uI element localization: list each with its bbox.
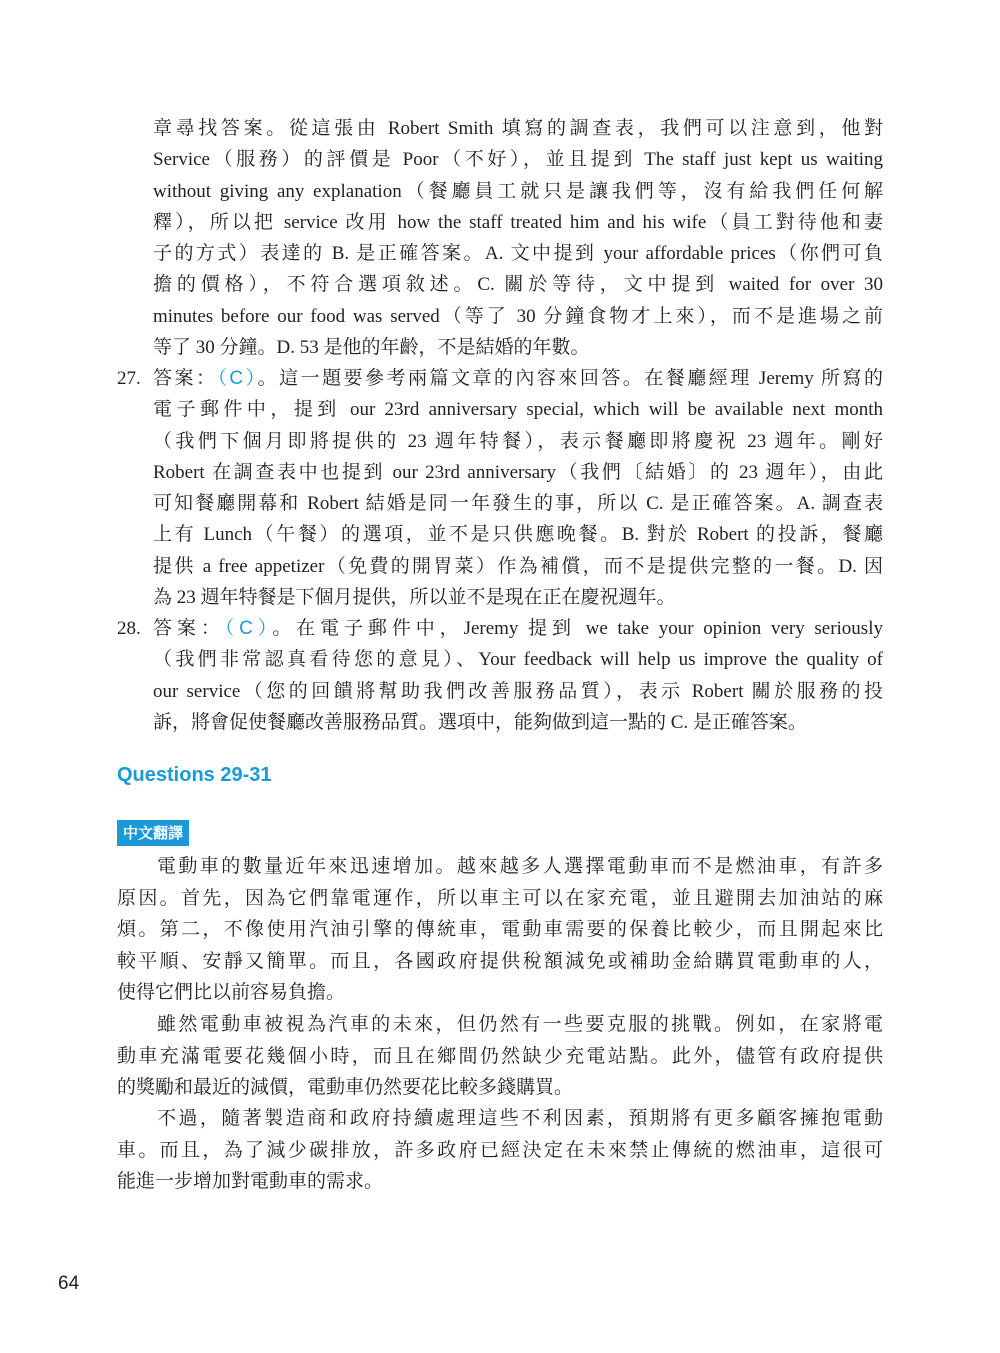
text-line: our service（您的回饋將幫助我們改善服務品質），表示 Robert 關… [153,676,883,707]
page-number: 64 [58,1273,79,1295]
text-line: 動車充滿電要花幾個小時，而且在鄉間仍然缺少充電站點。此外，儘管有政府提供 [117,1041,883,1073]
text-line: Service（服務）的評價是 Poor（不好），並且提到 The staff … [153,144,883,175]
question-number: 27. [117,363,153,394]
text-line: 釋），所以把 service 改用 how the staff treated … [153,207,883,238]
text-line: 的獎勵和最近的減價，電動車仍然要花比較多錢購買。 [117,1072,883,1104]
text-line: （我們非常認真看待您的意見）、Your feedback will help u… [153,644,883,675]
question-number: 28. [117,613,153,644]
text-line: 可知餐廳開幕和 Robert 結婚是同一年發生的事，所以 C. 是正確答案。A.… [153,488,883,519]
answer-choice: （C） [225,618,272,639]
q26-explanation-continuation: 章尋找答案。從這張由 Robert Smith 填寫的調查表，我們可以注意到，他… [153,113,883,363]
chinese-translation-badge: 中文翻譯 [117,820,189,846]
text-line: 電動車的數量近年來迅速增加。越來越多人選擇電動車而不是燃油車，有許多 [117,851,883,883]
text-line: 為 23 週年特餐是下個月提供，所以並不是現在正在慶祝週年。 [153,582,883,613]
text-line: 等了 30 分鐘。D. 53 是他的年齡，不是結婚的年數。 [153,332,883,363]
text-line: 使得它們比以前容易負擔。 [117,977,883,1009]
text-line: 雖然電動車被視為汽車的未來，但仍然有一些要克服的挑戰。例如，在家將電 [117,1009,883,1041]
text-line: minutes before our food was served（等了 30… [153,301,883,332]
text-line: （我們下個月即將提供的 23 週年特餐），表示餐廳即將慶祝 23 週年。剛好 [153,426,883,457]
text-line: 電子郵件中，提到 our 23rd anniversary special, w… [153,394,883,425]
text-fragment: 。這一題要參考兩篇文章的內容來回答。在餐廳經理 Jeremy 所寫的 [258,368,883,389]
text-line: 原因。首先，因為它們靠電運作，所以車主可以在家充電，並且避開去加油站的麻 [117,883,883,915]
question-28-explanation: 28. 答案：（C）。在電子郵件中，Jeremy 提到 we take your… [117,613,883,738]
answer-choice: （C） [217,368,257,389]
text-line: 較平順、安靜又簡單。而且，各國政府提供稅額減免或補助金給購買電動車的人， [117,946,883,978]
text-line: 章尋找答案。從這張由 Robert Smith 填寫的調查表，我們可以注意到，他… [153,113,883,144]
text-line: 子的方式）表達的 B. 是正確答案。A. 文中提到 your affordabl… [153,238,883,269]
text-line: 答案：（C）。在電子郵件中，Jeremy 提到 we take your opi… [153,613,883,644]
section-heading: Questions 29-31 [117,764,272,787]
document-page: 章尋找答案。從這張由 Robert Smith 填寫的調查表，我們可以注意到，他… [0,0,1000,1353]
text-line: 能進一步增加對電動車的需求。 [117,1166,883,1198]
text-line: 答案：（C）。這一題要參考兩篇文章的內容來回答。在餐廳經理 Jeremy 所寫的 [153,363,883,394]
translation-paragraph-3: 不過，隨著製造商和政府持續處理這些不利因素，預期將有更多顧客擁抱電動 車。而且，… [117,1103,883,1198]
question-27-explanation: 27. 答案：（C）。這一題要參考兩篇文章的內容來回答。在餐廳經理 Jeremy… [117,363,883,613]
text-line: 車。而且，為了減少碳排放，許多政府已經決定在未來禁止傳統的燃油車，這很可 [117,1135,883,1167]
text-line: 煩。第二，不像使用汽油引擎的傳統車，電動車需要的保養比較少，而且開起來比 [117,914,883,946]
text-line: 訴，將會促使餐廳改善服務品質。選項中，能夠做到這一點的 C. 是正確答案。 [153,707,883,738]
answer-label: 答案： [153,368,217,389]
text-line: Robert 在調查表中也提到 our 23rd anniversary（我們〔… [153,457,883,488]
answer-label: 答案： [153,618,225,639]
translation-paragraph-1: 電動車的數量近年來迅速增加。越來越多人選擇電動車而不是燃油車，有許多 原因。首先… [117,851,883,1009]
text-fragment: 。在電子郵件中，Jeremy 提到 we take your opinion v… [272,618,883,639]
text-line: without giving any explanation（餐廳員工就只是讓我… [153,176,883,207]
text-line: 不過，隨著製造商和政府持續處理這些不利因素，預期將有更多顧客擁抱電動 [117,1103,883,1135]
text-line: 擔的價格），不符合選項敘述。C. 關於等待，文中提到 waited for ov… [153,269,883,300]
text-line: 上有 Lunch（午餐）的選項，並不是只供應晚餐。B. 對於 Robert 的投… [153,519,883,550]
translation-paragraph-2: 雖然電動車被視為汽車的未來，但仍然有一些要克服的挑戰。例如，在家將電 動車充滿電… [117,1009,883,1104]
text-line: 提供 a free appetizer（免費的開胃菜）作為補償，而不是提供完整的… [153,551,883,582]
